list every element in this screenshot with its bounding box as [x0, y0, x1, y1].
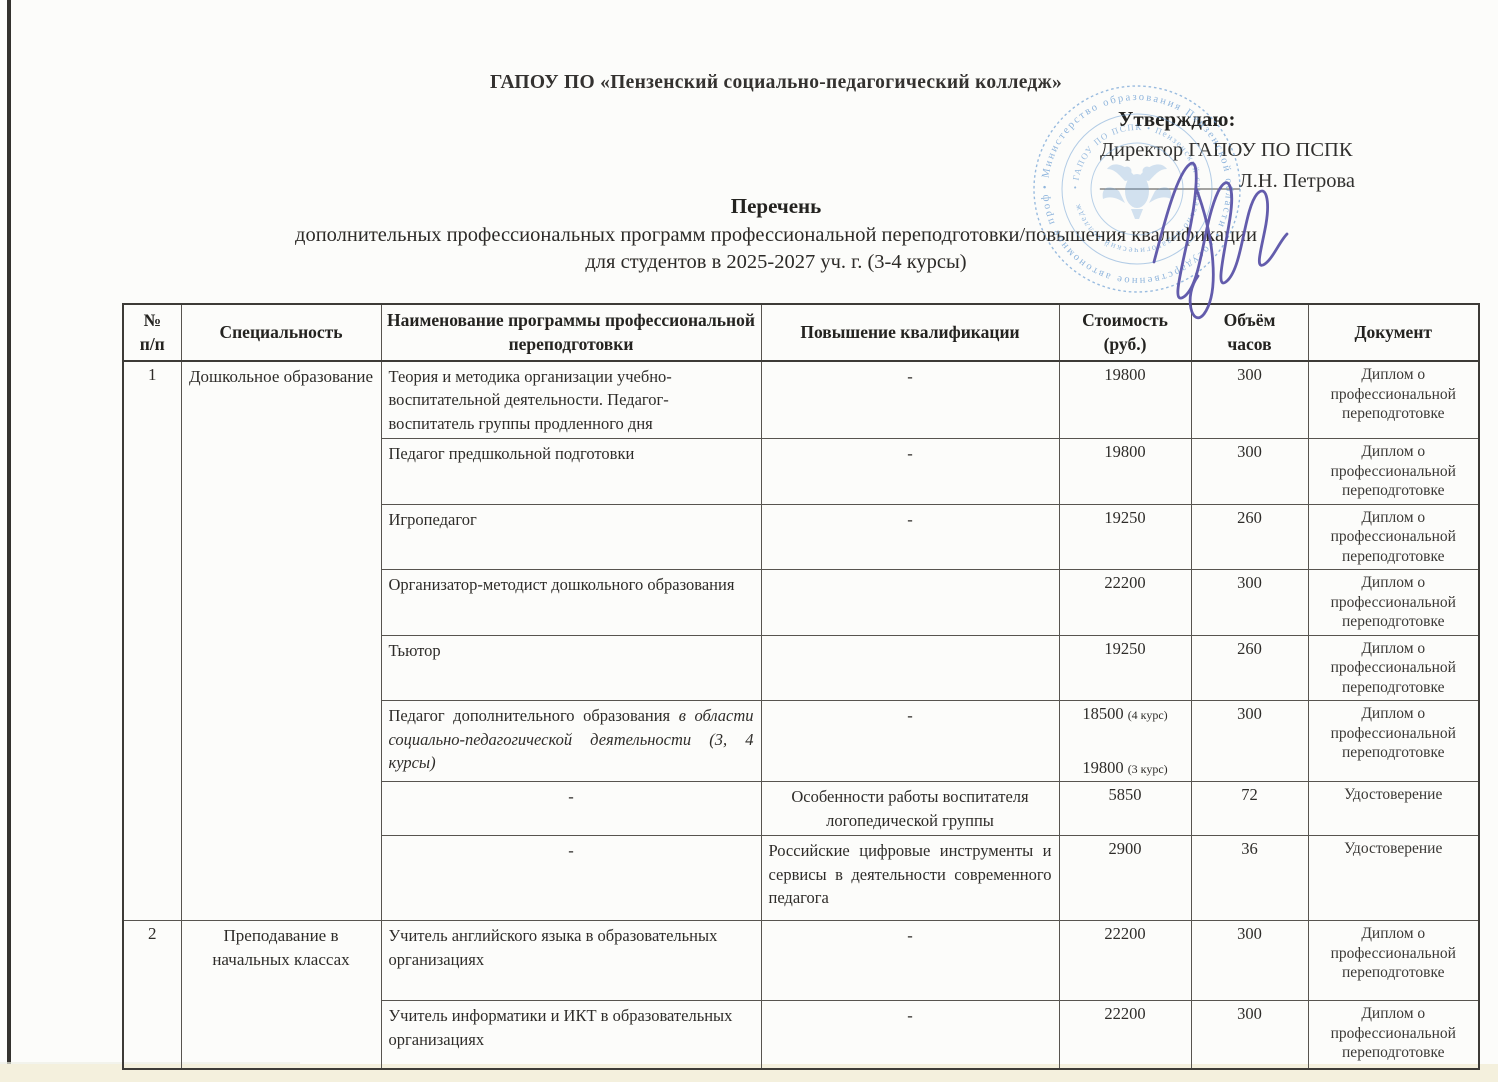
- col-header-specialty: Специальность: [181, 304, 381, 361]
- cell-number: 1: [123, 361, 181, 921]
- cell-document: Удостоверение: [1308, 836, 1479, 921]
- cell-program: -: [381, 782, 761, 836]
- cell-qualification: -: [761, 504, 1059, 570]
- cell-qualification: -: [761, 1001, 1059, 1069]
- scanned-document-page: ГАПОУ ПО «Пензенский социально-педагогич…: [0, 0, 1498, 1082]
- col-header-document: Документ: [1308, 304, 1479, 361]
- cell-hours: 260: [1191, 504, 1308, 570]
- cell-qualification: Российские цифровые инструменты и сервис…: [761, 836, 1059, 921]
- cell-hours: 300: [1191, 921, 1308, 1001]
- cell-cost: 22200: [1059, 1001, 1191, 1069]
- cell-document: Диплом о профессиональной переподготовке: [1308, 361, 1479, 439]
- cell-program: Игропедагог: [381, 504, 761, 570]
- cell-document: Диплом о профессиональной переподготовке: [1308, 635, 1479, 701]
- col-header-program: Наименование программы профессиональной …: [381, 304, 761, 361]
- cell-program: Теория и методика организации учебно-вос…: [381, 361, 761, 439]
- cell-qualification: Особенности работы воспитателя логопедич…: [761, 782, 1059, 836]
- organization-title: ГАПОУ ПО «Пензенский социально-педагогич…: [54, 72, 1498, 94]
- cell-qualification: [761, 635, 1059, 701]
- cell-program: Педагог дополнительного образования в об…: [381, 701, 761, 782]
- table-row: 1 Дошкольное образование Теория и методи…: [123, 361, 1479, 439]
- cell-cost: 2900: [1059, 836, 1191, 921]
- cell-hours: 300: [1191, 570, 1308, 636]
- cell-cost: 19250: [1059, 504, 1191, 570]
- cell-cost: 5850: [1059, 782, 1191, 836]
- cell-program: Педагог предшкольной подготовки: [381, 439, 761, 505]
- cell-qualification: -: [761, 701, 1059, 782]
- cell-hours: 300: [1191, 701, 1308, 782]
- cell-hours: 72: [1191, 782, 1308, 836]
- cell-number: 2: [123, 921, 181, 1069]
- cell-qualification: -: [761, 439, 1059, 505]
- cell-document: Диплом о профессиональной переподготовке: [1308, 504, 1479, 570]
- cell-program: Тьютор: [381, 635, 761, 701]
- cell-qualification: -: [761, 921, 1059, 1001]
- cell-cost: 22200: [1059, 921, 1191, 1001]
- cell-cost: 18500 (4 курс) 19800 (3 курс): [1059, 701, 1191, 782]
- cell-program: Учитель информатики и ИКТ в образователь…: [381, 1001, 761, 1069]
- cell-qualification: -: [761, 361, 1059, 439]
- cell-document: Диплом о профессиональной переподготовке: [1308, 1001, 1479, 1069]
- cell-specialty: Преподавание в начальных классах: [181, 921, 381, 1069]
- cost-line-3rd-year: 19800 (3 курс): [1067, 758, 1184, 778]
- cell-program: -: [381, 836, 761, 921]
- table-row: 2 Преподавание в начальных классах Учите…: [123, 921, 1479, 1001]
- cell-hours: 300: [1191, 1001, 1308, 1069]
- col-header-number: №п/п: [123, 304, 181, 361]
- cell-cost: 19800: [1059, 361, 1191, 439]
- cell-hours: 36: [1191, 836, 1308, 921]
- col-header-qualification: Повышение квалификации: [761, 304, 1059, 361]
- signature-stroke: [1138, 144, 1298, 322]
- cell-cost: 19250: [1059, 635, 1191, 701]
- cell-program: Учитель английского языка в образователь…: [381, 921, 761, 1001]
- cell-qualification: [761, 570, 1059, 636]
- cell-document: Диплом о профессиональной переподготовке: [1308, 439, 1479, 505]
- cell-document: Диплом о профессиональной переподготовке: [1308, 570, 1479, 636]
- cell-cost: 19800: [1059, 439, 1191, 505]
- cost-line-4th-year: 18500 (4 курс): [1067, 704, 1184, 724]
- cell-program: Организатор-методист дошкольного образов…: [381, 570, 761, 636]
- cell-cost: 22200: [1059, 570, 1191, 636]
- programs-table: №п/п Специальность Наименование программ…: [122, 303, 1480, 1070]
- scan-edge-artifact: [7, 0, 11, 1076]
- cell-document: Удостоверение: [1308, 782, 1479, 836]
- cell-hours: 260: [1191, 635, 1308, 701]
- cell-document: Диплом о профессиональной переподготовке: [1308, 921, 1479, 1001]
- cell-hours: 300: [1191, 361, 1308, 439]
- cell-hours: 300: [1191, 439, 1308, 505]
- cell-document: Диплом о профессиональной переподготовке: [1308, 701, 1479, 782]
- cell-specialty: Дошкольное образование: [181, 361, 381, 921]
